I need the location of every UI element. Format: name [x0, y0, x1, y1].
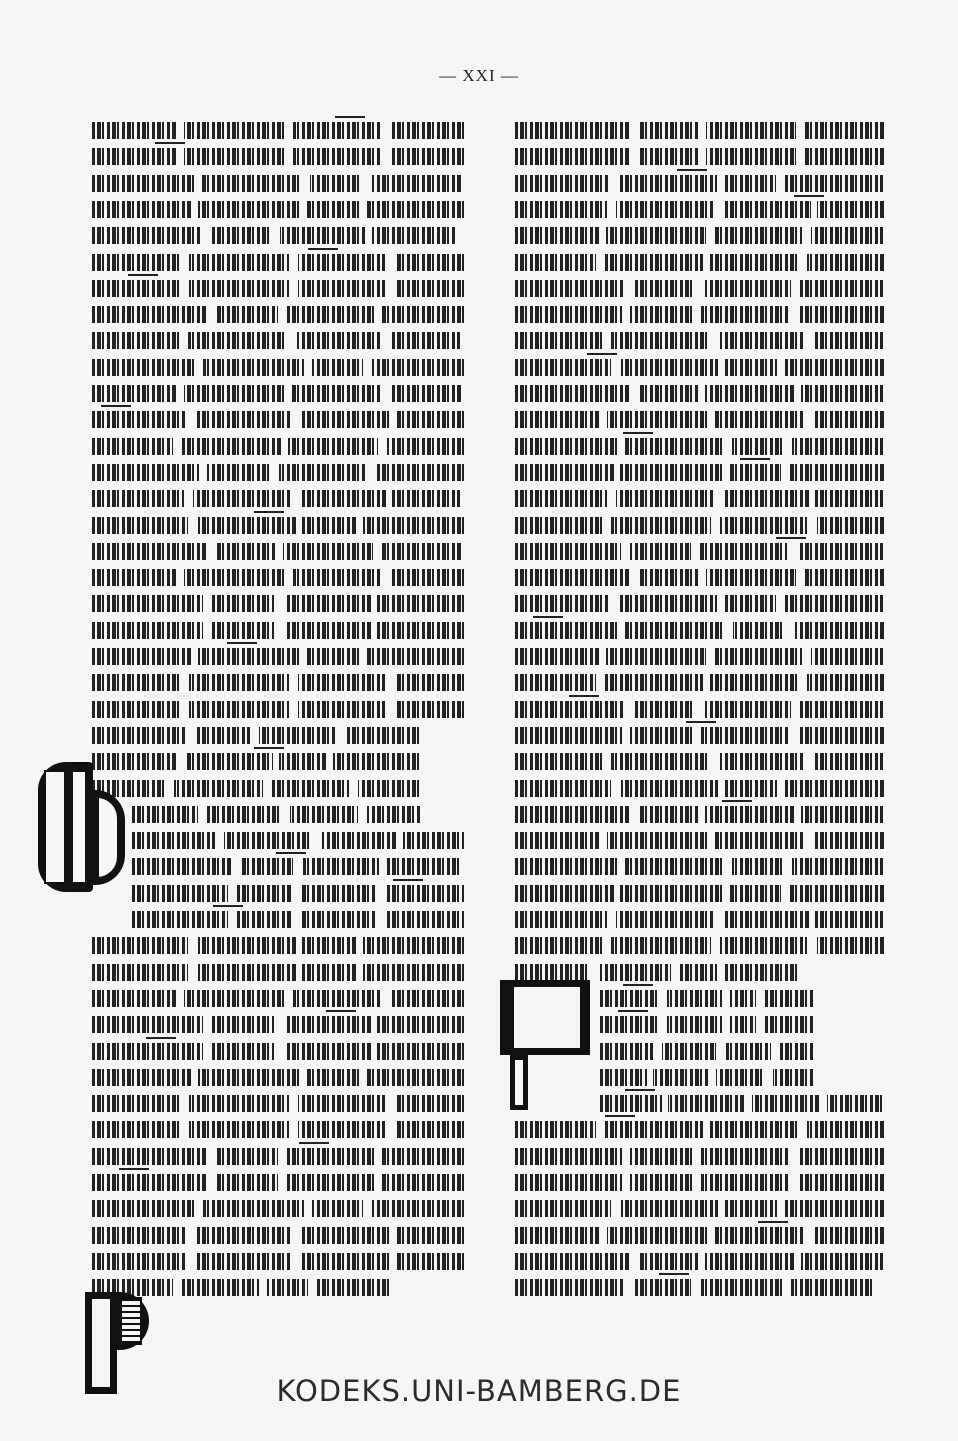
- manuscript-line: [515, 175, 883, 192]
- manuscript-line: [92, 411, 464, 428]
- manuscript-line: [515, 517, 885, 534]
- manuscript-line: [92, 569, 464, 586]
- manuscript-line: [92, 385, 462, 402]
- manuscript-line: [92, 1174, 464, 1191]
- manuscript-line: [515, 1148, 885, 1165]
- manuscript-line: [92, 490, 460, 507]
- manuscript-line: [515, 569, 885, 586]
- decorated-initial-right: [500, 980, 590, 1055]
- manuscript-line: [515, 832, 885, 849]
- manuscript-line: [92, 543, 462, 560]
- manuscript-line: [515, 1174, 885, 1191]
- manuscript-line: [92, 674, 464, 691]
- manuscript-line: [92, 201, 464, 218]
- manuscript-line: [515, 254, 885, 271]
- manuscript-line: [92, 332, 460, 349]
- manuscript-line: [515, 227, 883, 244]
- manuscript-line: [92, 1279, 392, 1296]
- manuscript-line: [92, 1121, 464, 1138]
- decorated-initial-left-1-bowl: [93, 790, 125, 885]
- manuscript-line: [92, 122, 464, 139]
- manuscript-line: [515, 1200, 885, 1217]
- manuscript-line: [515, 490, 883, 507]
- manuscript-line: [515, 595, 883, 612]
- manuscript-line: [92, 254, 464, 271]
- manuscript-line: [92, 1253, 464, 1270]
- manuscript-line: [92, 359, 464, 376]
- manuscript-line: [600, 1095, 885, 1112]
- manuscript-line: [515, 701, 883, 718]
- manuscript-line: [515, 122, 885, 139]
- manuscript-line: [600, 1016, 815, 1033]
- manuscript-line: [132, 885, 464, 902]
- manuscript-line: [92, 175, 462, 192]
- manuscript-line: [515, 385, 883, 402]
- manuscript-line: [132, 806, 422, 823]
- watermark: KODEKS.UNI-BAMBERG.DE: [0, 1374, 958, 1408]
- decorated-initial-left-2-bowl: [117, 1292, 149, 1350]
- manuscript-line: [515, 753, 883, 770]
- manuscript-line: [132, 832, 464, 849]
- manuscript-line: [515, 1227, 885, 1244]
- decorated-initial-right-stem: [510, 1055, 528, 1110]
- manuscript-line: [515, 1121, 885, 1138]
- manuscript-line: [92, 964, 464, 981]
- manuscript-line: [92, 701, 464, 718]
- manuscript-line: [515, 911, 883, 928]
- manuscript-line: [515, 780, 885, 797]
- manuscript-line: [515, 674, 885, 691]
- manuscript-line: [92, 227, 457, 244]
- manuscript-line: [600, 990, 815, 1007]
- manuscript-line: [515, 148, 885, 165]
- manuscript-line: [92, 595, 464, 612]
- manuscript-line: [132, 911, 464, 928]
- manuscript-line: [92, 990, 464, 1007]
- manuscript-line: [515, 885, 885, 902]
- manuscript-line: [515, 411, 885, 428]
- manuscript-line: [92, 622, 464, 639]
- manuscript-line: [92, 1043, 464, 1060]
- manuscript-line: [515, 280, 883, 297]
- manuscript-line: [92, 780, 422, 797]
- manuscript-line: [92, 517, 464, 534]
- manuscript-line: [92, 753, 422, 770]
- manuscript-line: [515, 359, 885, 376]
- manuscript-line: [92, 1200, 464, 1217]
- manuscript-line: [515, 201, 885, 218]
- manuscript-line: [515, 438, 883, 455]
- manuscript-line: [515, 727, 885, 744]
- manuscript-line: [132, 858, 462, 875]
- manuscript-line: [92, 306, 464, 323]
- manuscript-line: [515, 464, 885, 481]
- manuscript-line: [515, 622, 885, 639]
- page-number: — XXI —: [0, 66, 958, 86]
- manuscript-line: [92, 727, 422, 744]
- manuscript-line: [515, 1253, 883, 1270]
- manuscript-line: [515, 543, 883, 560]
- manuscript-line: [92, 280, 464, 297]
- manuscript-line: [92, 648, 464, 665]
- manuscript-line: [515, 306, 885, 323]
- manuscript-line: [515, 648, 883, 665]
- manuscript-line: [600, 1069, 815, 1086]
- manuscript-line: [515, 332, 883, 349]
- manuscript-line: [92, 438, 464, 455]
- manuscript-line: [600, 1043, 815, 1060]
- manuscript-line: [515, 1279, 875, 1296]
- manuscript-line: [92, 937, 464, 954]
- manuscript-line: [92, 1069, 464, 1086]
- manuscript-line: [92, 1095, 464, 1112]
- manuscript-line: [92, 1148, 464, 1165]
- manuscript-line: [92, 1227, 464, 1244]
- manuscript-line: [92, 148, 464, 165]
- manuscript-line: [515, 937, 885, 954]
- decorated-initial-left-1: [38, 762, 93, 892]
- manuscript-line: [515, 806, 883, 823]
- manuscript-line: [515, 964, 800, 981]
- manuscript-line: [92, 1016, 464, 1033]
- manuscript-line: [92, 464, 464, 481]
- manuscript-line: [515, 858, 883, 875]
